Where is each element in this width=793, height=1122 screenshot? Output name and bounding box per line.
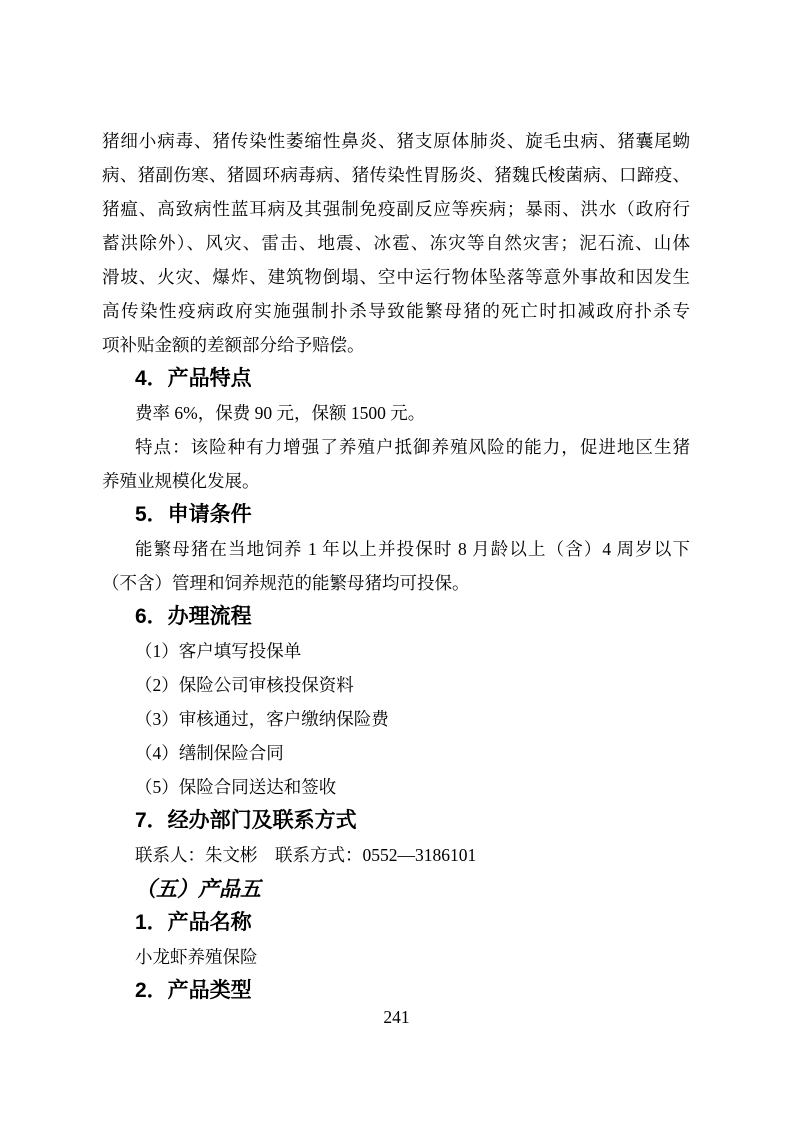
body-text-line: （4）缮制保险合同	[102, 736, 690, 770]
section-heading-line: 1．产品名称	[102, 906, 690, 940]
body-text-line: 项补贴金额的差额部分给予赔偿。	[102, 328, 690, 362]
body-text-line: （1）客户填写投保单	[102, 634, 690, 668]
body-text-line: 联系人：朱文彬 联系方式：0552—3186101	[102, 838, 690, 872]
body-text-line: （3）审核通过，客户缴纳保险费	[102, 702, 690, 736]
section-heading-line: 7．经办部门及联系方式	[102, 804, 690, 838]
subsection-heading-line: （五）产品五	[102, 872, 690, 906]
body-text-line: 蓄洪除外）、风灾、雷击、地震、冰雹、冻灾等自然灾害；泥石流、山体	[102, 226, 690, 260]
body-text-line: 猪细小病毒、猪传染性萎缩性鼻炎、猪支原体肺炎、旋毛虫病、猪囊尾蚴	[102, 124, 690, 158]
section-heading-line: 4．产品特点	[102, 362, 690, 396]
body-text-line: （不含）管理和饲养规范的能繁母猪均可投保。	[102, 566, 690, 600]
body-text-line: （5）保险合同送达和签收	[102, 770, 690, 804]
section-heading-line: 6．办理流程	[102, 600, 690, 634]
body-text-line: 小龙虾养殖保险	[102, 940, 690, 974]
body-text-line: 滑坡、火灾、爆炸、建筑物倒塌、空中运行物体坠落等意外事故和因发生	[102, 260, 690, 294]
body-text-line: 费率 6%，保费 90 元，保额 1500 元。	[102, 396, 690, 430]
body-text-line: 病、猪副伤寒、猪圆环病毒病、猪传染性胃肠炎、猪魏氏梭菌病、口蹄疫、	[102, 158, 690, 192]
section-heading-line: 2．产品类型	[102, 974, 690, 1008]
body-text-line: 高传染性疫病政府实施强制扑杀导致能繁母猪的死亡时扣减政府扑杀专	[102, 294, 690, 328]
body-text-line: 猪瘟、高致病性蓝耳病及其强制免疫副反应等疾病；暴雨、洪水（政府行	[102, 192, 690, 226]
body-text-line: 养殖业规模化发展。	[102, 464, 690, 498]
document-page: 猪细小病毒、猪传染性萎缩性鼻炎、猪支原体肺炎、旋毛虫病、猪囊尾蚴病、猪副伤寒、猪…	[0, 0, 793, 1122]
section-heading-line: 5．申请条件	[102, 498, 690, 532]
document-content: 猪细小病毒、猪传染性萎缩性鼻炎、猪支原体肺炎、旋毛虫病、猪囊尾蚴病、猪副伤寒、猪…	[102, 124, 690, 1008]
body-text-line: 能繁母猪在当地饲养 1 年以上并投保时 8 月龄以上（含）4 周岁以下	[102, 532, 690, 566]
body-text-line: 特点：该险种有力增强了养殖户抵御养殖风险的能力，促进地区生猪	[102, 430, 690, 464]
body-text-line: （2）保险公司审核投保资料	[102, 668, 690, 702]
page-number: 241	[0, 1004, 793, 1030]
